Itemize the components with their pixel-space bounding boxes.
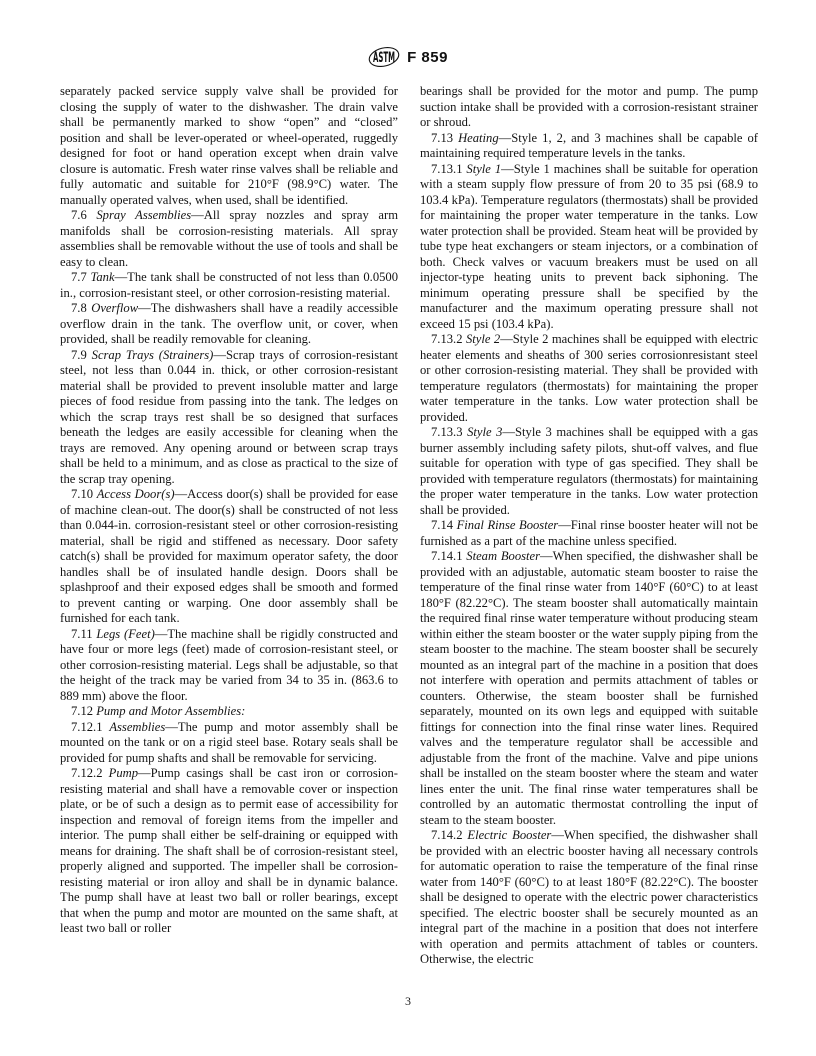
standard-designation: F 859 [407, 49, 448, 66]
paragraph-text: —When specified, the dishwasher shall be… [420, 549, 758, 827]
section-title: Steam Booster [466, 549, 540, 563]
body-text: separately packed service supply valve s… [60, 84, 758, 968]
section-number: 7.13.3 [431, 425, 467, 439]
section-number: 7.13.1 [431, 162, 466, 176]
astm-logo-icon: ASTM [368, 44, 400, 70]
paragraph-text: bearings shall be provided for the motor… [420, 84, 758, 129]
section-title: Tank [91, 270, 115, 284]
section-number: 7.9 [71, 348, 92, 362]
paragraph-7.8: 7.8 Overflow—The dishwashers shall have … [60, 301, 398, 348]
section-number: 7.11 [71, 627, 96, 641]
section-title: Access Door(s) [97, 487, 175, 501]
section-title: Spray Assemblies [96, 208, 191, 222]
paragraph-text: —Access door(s) shall be provided for ea… [60, 487, 398, 625]
paragraph-continued: separately packed service supply valve s… [60, 84, 398, 208]
section-number: 7.12.1 [71, 720, 109, 734]
section-number: 7.12 [71, 704, 96, 718]
paragraph-7.13.3: 7.13.3 Style 3—Style 3 machines shall be… [420, 425, 758, 518]
section-number: 7.13.2 [431, 332, 466, 346]
section-title: Overflow [91, 301, 138, 315]
paragraph-7.9: 7.9 Scrap Trays (Strainers)—Scrap trays … [60, 348, 398, 488]
page-number: 3 [405, 994, 411, 1008]
paragraph-text: —When specified, the dishwasher shall be… [420, 828, 758, 966]
paragraph-7.13.1: 7.13.1 Style 1—Style 1 machines shall be… [420, 162, 758, 333]
paragraph-7.12.2: 7.12.2 Pump—Pump casings shall be cast i… [60, 766, 398, 937]
section-title: Assemblies [109, 720, 165, 734]
section-number: 7.10 [71, 487, 97, 501]
section-number: 7.6 [71, 208, 96, 222]
left-column: separately packed service supply valve s… [60, 84, 398, 968]
paragraph-7.14.1: 7.14.1 Steam Booster—When specified, the… [420, 549, 758, 828]
section-title: Heating [458, 131, 499, 145]
paragraph-7.14.2: 7.14.2 Electric Booster—When specified, … [420, 828, 758, 968]
section-number: 7.14 [431, 518, 457, 532]
section-title: Electric Booster [467, 828, 551, 842]
section-title: Final Rinse Booster [457, 518, 559, 532]
section-title: Legs (Feet) [96, 627, 154, 641]
paragraph-7.6: 7.6 Spray Assemblies—All spray nozzles a… [60, 208, 398, 270]
right-column: bearings shall be provided for the motor… [420, 84, 758, 968]
paragraph-7.10: 7.10 Access Door(s)—Access door(s) shall… [60, 487, 398, 627]
paragraph-7.12: 7.12 Pump and Motor Assemblies: [60, 704, 398, 720]
section-number: 7.14.2 [431, 828, 467, 842]
paragraph-7.13: 7.13 Heating—Style 1, 2, and 3 machines … [420, 131, 758, 162]
section-number: 7.14.1 [431, 549, 466, 563]
section-title: Scrap Trays (Strainers) [92, 348, 214, 362]
paragraph-7.14: 7.14 Final Rinse Booster—Final rinse boo… [420, 518, 758, 549]
section-title: Pump and Motor Assemblies: [96, 704, 245, 718]
paragraph-7.12.1: 7.12.1 Assemblies—The pump and motor ass… [60, 720, 398, 767]
paragraph-7.11: 7.11 Legs (Feet)—The machine shall be ri… [60, 627, 398, 705]
page-footer: 3 [0, 994, 816, 1009]
section-title: Style 1 [466, 162, 501, 176]
section-title: Style 2 [466, 332, 500, 346]
paragraph-text: —Scrap trays of corrosion-resistant stee… [60, 348, 398, 486]
paragraph-7.13.2: 7.13.2 Style 2—Style 2 machines shall be… [420, 332, 758, 425]
paragraph-continued: bearings shall be provided for the motor… [420, 84, 758, 131]
section-number: 7.7 [71, 270, 91, 284]
section-number: 7.12.2 [71, 766, 109, 780]
paragraph-text: —Pump casings shall be cast iron or corr… [60, 766, 398, 935]
section-number: 7.13 [431, 131, 458, 145]
page-header: ASTM F 859 [0, 44, 816, 70]
paragraph-7.7: 7.7 Tank—The tank shall be constructed o… [60, 270, 398, 301]
paragraph-text: —Style 1 machines shall be suitable for … [420, 162, 758, 331]
section-title: Pump [109, 766, 138, 780]
section-number: 7.8 [71, 301, 91, 315]
paragraph-text: separately packed service supply valve s… [60, 84, 398, 207]
document-page: ASTM F 859 separately packed service sup… [0, 0, 816, 1056]
section-title: Style 3 [467, 425, 502, 439]
